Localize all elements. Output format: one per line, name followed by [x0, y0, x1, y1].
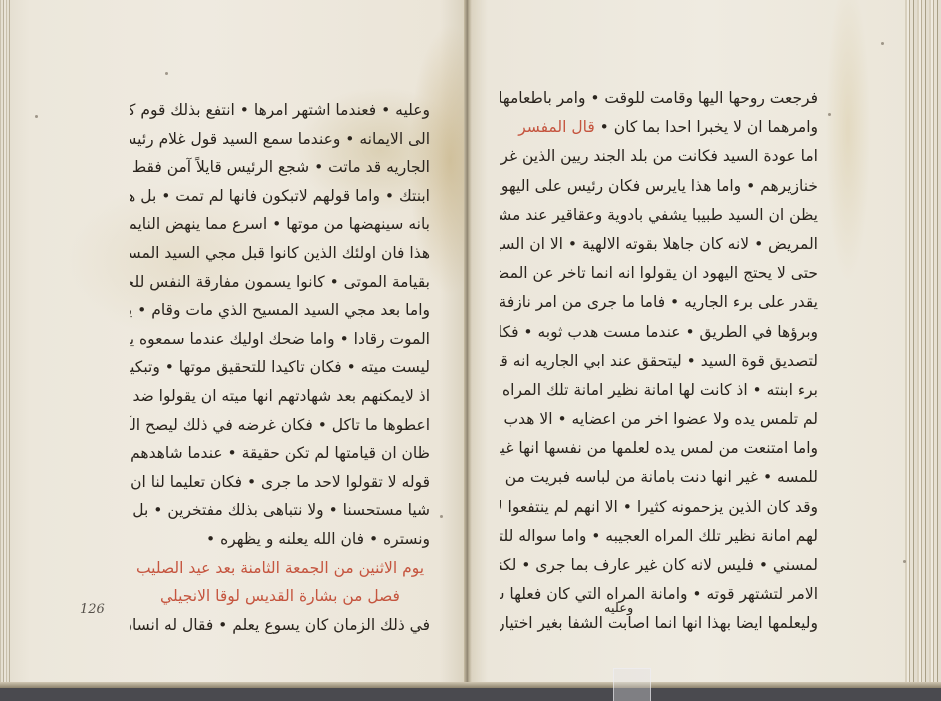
- text-line: لهم امانة نظير تلك المراه العجيبه • واما…: [500, 522, 818, 551]
- paper-speck: [881, 42, 884, 45]
- left-page: وعليه • فعندما اشتهر امرها • انتفع بذلك …: [0, 0, 468, 688]
- text-line: وامرهما ان لا يخبرا احدا بما كان • قال ا…: [500, 113, 818, 142]
- catchword: وعليه: [604, 601, 633, 616]
- text-line: الجاريه قد ماتت • شجع الرئيس قايلاً آمن …: [130, 153, 430, 182]
- text-line: وبرؤها في الطريق • عندما مست هدب ثوبه • …: [500, 318, 818, 347]
- left-page-text: وعليه • فعندما اشتهر امرها • انتفع بذلك …: [130, 96, 430, 639]
- text-line: ونستره • فان الله يعلنه و يظهره •: [130, 525, 430, 554]
- page-bottom-edge: [0, 682, 941, 688]
- text-line: قوله لا تقولوا لاحد ما جرى • فكان تعليما…: [130, 468, 430, 497]
- text-line: المريض • لانه كان جاهلا بقوته الالهية • …: [500, 230, 818, 259]
- text-line: ليست ميته • فكان تاكيدا للتحقيق موتها • …: [130, 353, 430, 382]
- folio-number: 126: [80, 602, 105, 617]
- text-line: حتى لا يحتج اليهود ان يقولوا انه انما تا…: [500, 259, 818, 288]
- text-line: هذا فان اولئك الذين كانوا قبل مجي السيد …: [130, 239, 430, 268]
- text-line: ظان ان قيامتها لم تكن حقيقة • عندما شاهد…: [130, 439, 430, 468]
- book-gutter: [464, 0, 472, 688]
- text-line: لتصديق قوة السيد • ليتحقق عند ابي الجاري…: [500, 347, 818, 376]
- text-line: الموت رقادا • واما ضحك اوليك عندما سمعوه…: [130, 325, 430, 354]
- paper-speck: [440, 515, 443, 518]
- text-line: اعطوها ما تاكل • فكان غرضه في ذلك ليصح ا…: [130, 411, 430, 440]
- text-line: ابنتك • واما قولهم لاتبكون فانها لم تمت …: [130, 182, 430, 211]
- paper-speck: [35, 115, 38, 118]
- transparent-clip: [613, 668, 651, 701]
- text-line: بانه سينهضها من موتها • اسرع مما ينهض ال…: [130, 210, 430, 239]
- text-line: فرجعت روحها اليها وقامت للوقت • وامر باط…: [500, 84, 818, 113]
- text-line: برء ابنته • اذ كانت لها امانة نظير امانة…: [500, 376, 818, 405]
- open-manuscript: وعليه • فعندما اشتهر امرها • انتفع بذلك …: [0, 0, 941, 688]
- text-line: لم تلمس يده ولا عضوا اخر من اعضايه • الا…: [500, 405, 818, 434]
- text-line: واما امتنعت من لمس يده لعلمها من نفسها ا…: [500, 434, 818, 463]
- text-line: يظن ان السيد طبيبا يشفي بادوية وعقاقير ع…: [500, 201, 818, 230]
- text-line: للمسه • غير انها دنت بامانة من لباسه فبر…: [500, 463, 818, 492]
- paper-speck: [903, 560, 906, 563]
- rubric-heading: فصل من بشارة القديس لوقا الانجيلي: [130, 582, 430, 611]
- text-line: واما بعد مجي السيد المسيح الذي مات وقام …: [130, 296, 430, 325]
- text-segment: وامرهما ان لا يخبرا احدا بما كان • قال ا…: [518, 118, 818, 136]
- text-line: اذ لايمكنهم بعد شهادتهم انها ميته ان يقو…: [130, 382, 430, 411]
- rubric-inline: قال المفسر: [518, 118, 595, 136]
- text-line: خنازيرهم • واما هذا يايرس فكان رئيس على …: [500, 172, 818, 201]
- paper-speck: [828, 113, 831, 116]
- text-line: وعليه • فعندما اشتهر امرها • انتفع بذلك …: [130, 96, 430, 125]
- text-line: بقيامة الموتى • كانوا يسمون مفارقة النفس…: [130, 268, 430, 297]
- text-line: وقد كان الذين يزحمونه كثيرا • الا انهم ل…: [500, 493, 818, 522]
- text-line: لمسني • فليس لانه كان غير عارف بما جرى •…: [500, 551, 818, 580]
- text-line: الامر لتشتهر قوته • وامانة المراه التي ك…: [500, 580, 818, 609]
- right-page-text: فرجعت روحها اليها وقامت للوقت • وامر باط…: [500, 84, 818, 639]
- text-line: وليعلمها ايضا بهذا انها انما اصابت الشفا…: [500, 609, 818, 638]
- text-line: في ذلك الزمان كان يسوع يعلم • فقال له ان…: [130, 611, 430, 640]
- text-line: يقدر على برء الجاريه • فاما ما جرى من ام…: [500, 288, 818, 317]
- paper-speck: [165, 72, 168, 75]
- text-line: الى الايمانه • وعندما سمع السيد قول غلام…: [130, 125, 430, 154]
- rubric-heading: يوم الاثنين من الجمعة الثامنة بعد عيد ال…: [130, 554, 430, 583]
- text-line: شيا مستحسنا • ولا نتباهى بذلك مفتخرين • …: [130, 496, 430, 525]
- page-edges: [905, 0, 941, 688]
- text-line: اما عودة السيد فكانت من بلد الجند ريين ا…: [500, 142, 818, 171]
